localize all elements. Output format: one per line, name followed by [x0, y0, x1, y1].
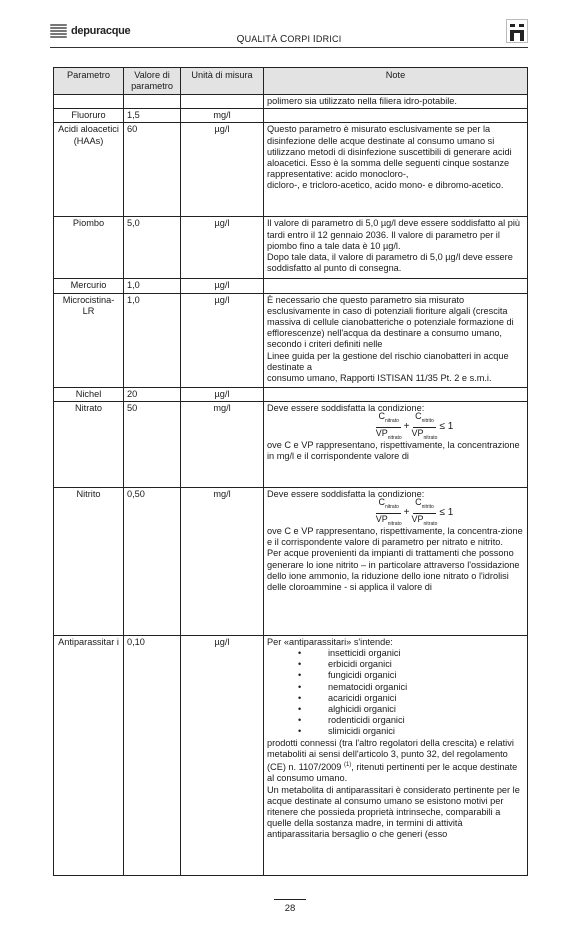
nitrate-nitrite-formula: CnitratoVPnitrato+CnitritoVPnitrato ≤ 1 — [307, 415, 524, 439]
cell-valore: 5,0 — [124, 217, 181, 279]
cell-valore: 0,10 — [124, 635, 181, 875]
cell-valore: 1,5 — [124, 109, 181, 123]
note-text: polimero sia utilizzato nella filiera id… — [267, 96, 524, 107]
note-text: Questo parametro è misurato esclusivamen… — [267, 124, 524, 180]
inequality: ≤ 1 — [439, 507, 453, 518]
numerator: Cnitrito — [413, 497, 436, 514]
cell-note: Questo parametro è misurato esclusivamen… — [264, 123, 528, 217]
cell-parametro: Nitrato — [54, 401, 124, 487]
page-header: depuracque QUALITÀ CORPI IDRICI — [50, 24, 528, 48]
list-item: insetticidi organici — [267, 648, 524, 659]
note-text: Il valore di parametro di 5,0 µg/l deve … — [267, 218, 524, 252]
footer-rule — [274, 899, 306, 900]
list-item: erbicidi organici — [267, 659, 524, 670]
cell-note: Per «antiparassitari» s'intende:insettic… — [264, 635, 528, 875]
fraction: CnitritoVPnitrato — [412, 411, 438, 444]
cell-parametro — [54, 95, 124, 109]
note-text: Per «antiparassitari» s'intende: — [267, 637, 524, 648]
note-text: Un metabolita di antiparassitari è consi… — [267, 785, 524, 841]
nitrate-nitrite-formula: CnitratoVPnitrato+CnitritoVPnitrato ≤ 1 — [307, 501, 524, 525]
fraction: CnitritoVPnitrato — [412, 497, 438, 530]
col-header-note: Note — [264, 68, 528, 95]
cell-valore: 50 — [124, 401, 181, 487]
cell-unita: µg/l — [181, 635, 264, 875]
list-item: nematocidi organici — [267, 682, 524, 693]
cell-valore: 20 — [124, 387, 181, 401]
note-text: consumo umano, Rapporti ISTISAN 11/35 Pt… — [267, 373, 524, 384]
cell-unita: µg/l — [181, 279, 264, 293]
antiparassitari-list: insetticidi organicierbicidi organicifun… — [267, 648, 524, 738]
cell-note: È necessario che questo parametro sia mi… — [264, 293, 528, 387]
fraction: CnitratoVPnitrato — [376, 497, 402, 530]
cell-valore: 60 — [124, 123, 181, 217]
cell-unita: mg/l — [181, 487, 264, 635]
cell-note: Il valore di parametro di 5,0 µg/l deve … — [264, 217, 528, 279]
cell-unita — [181, 95, 264, 109]
cell-parametro: Microcistina-LR — [54, 293, 124, 387]
table-row: Acidi aloacetici (HAAs)60µg/lQuesto para… — [54, 123, 528, 217]
table-row: polimero sia utilizzato nella filiera id… — [54, 95, 528, 109]
plus-sign: + — [404, 421, 410, 432]
cell-unita: µg/l — [181, 123, 264, 217]
list-item: slimicidi organici — [267, 726, 524, 737]
cell-parametro: Acidi aloacetici (HAAs) — [54, 123, 124, 217]
table-row: Piombo5,0µg/lIl valore di parametro di 5… — [54, 217, 528, 279]
numerator: Cnitrato — [376, 411, 400, 428]
cell-note: Deve essere soddisfatta la condizione:Cn… — [264, 401, 528, 487]
col-header-unita: Unità di misura — [181, 68, 264, 95]
note-text: Dopo tale data, il valore di parametro d… — [267, 252, 524, 274]
inequality: ≤ 1 — [439, 421, 453, 432]
note-text: prodotti connessi (tra l'altro regolator… — [267, 738, 524, 785]
fraction: CnitratoVPnitrato — [376, 411, 402, 444]
cell-note — [264, 279, 528, 293]
cell-valore: 1,0 — [124, 293, 181, 387]
cell-note — [264, 387, 528, 401]
numerator: Cnitrito — [413, 411, 436, 428]
cell-parametro: Piombo — [54, 217, 124, 279]
cell-note: polimero sia utilizzato nella filiera id… — [264, 95, 528, 109]
parameters-table: Parametro Valore di parametro Unità di m… — [53, 67, 528, 876]
table-header-row: Parametro Valore di parametro Unità di m… — [54, 68, 528, 95]
table-row: Nichel20µg/l — [54, 387, 528, 401]
table-row: Microcistina-LR1,0µg/lÈ necessario che q… — [54, 293, 528, 387]
list-item: rodenticidi organici — [267, 715, 524, 726]
table-row: Nitrito0,50mg/lDeve essere soddisfatta l… — [54, 487, 528, 635]
table-row: Fluoruro1,5mg/l — [54, 109, 528, 123]
col-header-parametro: Parametro — [54, 68, 124, 95]
list-item: alghicidi organici — [267, 704, 524, 715]
cell-note: Deve essere soddisfatta la condizione:Cn… — [264, 487, 528, 635]
cell-parametro: Mercurio — [54, 279, 124, 293]
cell-unita: µg/l — [181, 387, 264, 401]
cell-unita: mg/l — [181, 109, 264, 123]
cell-unita: µg/l — [181, 217, 264, 279]
note-text: Linee guida per la gestione del rischio … — [267, 351, 524, 373]
table-row: Nitrato50mg/lDeve essere soddisfatta la … — [54, 401, 528, 487]
cell-unita: µg/l — [181, 293, 264, 387]
cell-valore — [124, 95, 181, 109]
document-title: QUALITÀ CORPI IDRICI — [50, 34, 528, 45]
cell-valore: 0,50 — [124, 487, 181, 635]
col-header-valore: Valore di parametro — [124, 68, 181, 95]
cell-parametro: Nitrito — [54, 487, 124, 635]
cell-valore: 1,0 — [124, 279, 181, 293]
cell-parametro: Fluoruro — [54, 109, 124, 123]
cell-parametro: Nichel — [54, 387, 124, 401]
numerator: Cnitrato — [376, 497, 400, 514]
note-text: ove C e VP rappresentano, rispettivament… — [267, 440, 524, 462]
list-item: fungicidi organici — [267, 670, 524, 681]
table-row: Antiparassitar i0,10µg/lPer «antiparassi… — [54, 635, 528, 875]
note-text: È necessario che questo parametro sia mi… — [267, 295, 524, 351]
list-item: acaricidi organici — [267, 693, 524, 704]
note-text: ove C e VP rappresentano, rispettivament… — [267, 526, 524, 548]
page-number: 28 — [270, 903, 310, 914]
table-row: Mercurio1,0µg/l — [54, 279, 528, 293]
plus-sign: + — [404, 507, 410, 518]
cell-unita: mg/l — [181, 401, 264, 487]
castle-icon — [506, 19, 528, 43]
footnote-ref: (1) — [344, 762, 351, 768]
cell-parametro: Antiparassitar i — [54, 635, 124, 875]
note-text: Per acque provenienti da impianti di tra… — [267, 548, 524, 593]
cell-note — [264, 109, 528, 123]
note-text: dicloro-, e tricloro-acetico, acido mono… — [267, 180, 524, 191]
